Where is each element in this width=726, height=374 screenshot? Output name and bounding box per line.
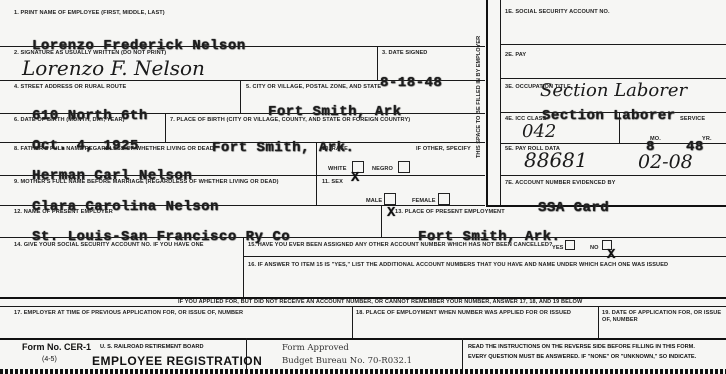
label-race-other: IF OTHER, SPECIFY [416, 146, 471, 152]
label-service: SERVICE [680, 116, 705, 122]
yes-checkbox[interactable] [565, 240, 575, 250]
label-ssn-own: 14. GIVE YOUR SOCIAL SECURITY ACCOUNT NO… [14, 242, 204, 248]
label-white: WHITE [328, 166, 347, 172]
rule [243, 237, 244, 297]
occupation-typed[interactable]: Section Laborer [542, 108, 676, 124]
label-sex: 11. SEX [322, 179, 343, 185]
label-employment-place: 13. PLACE OF PRESENT EMPLOYMENT [395, 209, 505, 215]
label-female: FEMALE [412, 198, 436, 204]
rule [462, 338, 463, 369]
label-prev-date: 19. DATE OF APPLICATION FOR, OR ISSUE OF… [602, 310, 722, 324]
rule [500, 44, 726, 45]
rule [0, 338, 726, 340]
form-revision: (4-5) [42, 356, 57, 363]
female-checkbox[interactable] [438, 193, 450, 205]
date-signed-value[interactable]: 8-18-48 [380, 75, 442, 91]
label-city: 5. CITY OR VILLAGE, POSTAL ZONE, AND STA… [246, 84, 381, 90]
payroll-handwritten[interactable]: 88681 [524, 148, 588, 172]
rule [500, 175, 726, 176]
no-x-mark: X [607, 247, 615, 263]
rule [352, 306, 353, 338]
label-additional-numbers: 16. IF ANSWER TO ITEM 15 IS "YES," LIST … [248, 262, 668, 268]
label-father: 8. FATHER'S FULL NAME REGARDLESS OF WHET… [14, 146, 214, 152]
rule [243, 256, 726, 257]
label-male: MALE [366, 198, 382, 204]
rule [486, 0, 488, 205]
employee-signature[interactable]: Lorenzo F. Nelson [22, 56, 205, 80]
rule [0, 306, 726, 307]
male-checkbox[interactable] [384, 193, 396, 205]
label-negro: NEGRO [372, 166, 393, 172]
label-yes: YES [552, 245, 564, 251]
occupation-handwritten[interactable]: Section Laborer [540, 80, 687, 101]
label-date-signed: 3. DATE SIGNED [382, 50, 427, 56]
payroll-date-handwritten[interactable]: 02-08 [638, 151, 693, 173]
label-employer: 12. NAME OF PRESENT EMPLOYER [14, 209, 113, 215]
form-approved: Form Approved [282, 343, 349, 353]
employer-strip-label: THIS SPACE TO BE FILLED IN BY EMPLOYER [476, 36, 482, 158]
rule [165, 113, 166, 142]
employee-registration-form: THIS SPACE TO BE FILLED IN BY EMPLOYER 1… [0, 0, 726, 374]
label-pay: 2E. PAY [505, 52, 526, 58]
label-mother: 9. MOTHER'S FULL NAME BEFORE MARRIAGE (R… [14, 179, 279, 185]
label-no: NO [590, 245, 599, 251]
budget-bureau: Budget Bureau No. 70-R032.1 [282, 356, 412, 366]
label-evidenced-by: 7E. ACCOUNT NUMBER EVIDENCED BY [505, 180, 615, 186]
label-name: 1. PRINT NAME OF EMPLOYEE (FIRST, MIDDLE… [14, 10, 165, 16]
rule [598, 306, 599, 338]
rule [500, 78, 726, 79]
instructions-line-1: READ THE INSTRUCTIONS ON THE REVERSE SID… [468, 344, 695, 350]
label-prev-employer: 17. EMPLOYER AT TIME OF PREVIOUS APPLICA… [14, 310, 243, 316]
rule [377, 46, 378, 80]
label-street: 4. STREET ADDRESS OR RURAL ROUTE [14, 84, 126, 90]
label-dob: 6. DATE OF BIRTH (MONTH, DAY, YEAR) [14, 117, 125, 123]
race-x-mark: X [351, 170, 359, 186]
negro-checkbox[interactable] [398, 161, 410, 173]
perforation-edge [0, 369, 726, 374]
label-birthplace: 7. PLACE OF BIRTH (CITY OR VILLAGE, COUN… [170, 117, 410, 123]
evidenced-by-value[interactable]: SSA Card [538, 200, 609, 216]
rule [240, 80, 241, 113]
form-title: EMPLOYEE REGISTRATION [92, 354, 262, 368]
label-race: 10. RACE [322, 146, 348, 152]
label-ssa-account: 1E. SOCIAL SECURITY ACCOUNT NO. [505, 9, 610, 15]
label-prev-place: 18. PLACE OF EMPLOYMENT WHEN NUMBER WAS … [356, 310, 571, 316]
form-number: Form No. CER-1 [22, 342, 91, 352]
rule [381, 205, 382, 237]
label-other-number: 15. HAVE YOU EVER BEEN ASSIGNED ANY OTHE… [248, 242, 552, 248]
icc-handwritten[interactable]: 042 [522, 121, 556, 142]
instructions-line-2: EVERY QUESTION MUST BE ANSWERED. IF "NON… [468, 354, 696, 360]
applied-note: IF YOU APPLIED FOR, BUT DID NOT RECEIVE … [178, 299, 582, 305]
form-agency: U. S. RAILROAD RETIREMENT BOARD [100, 344, 203, 350]
